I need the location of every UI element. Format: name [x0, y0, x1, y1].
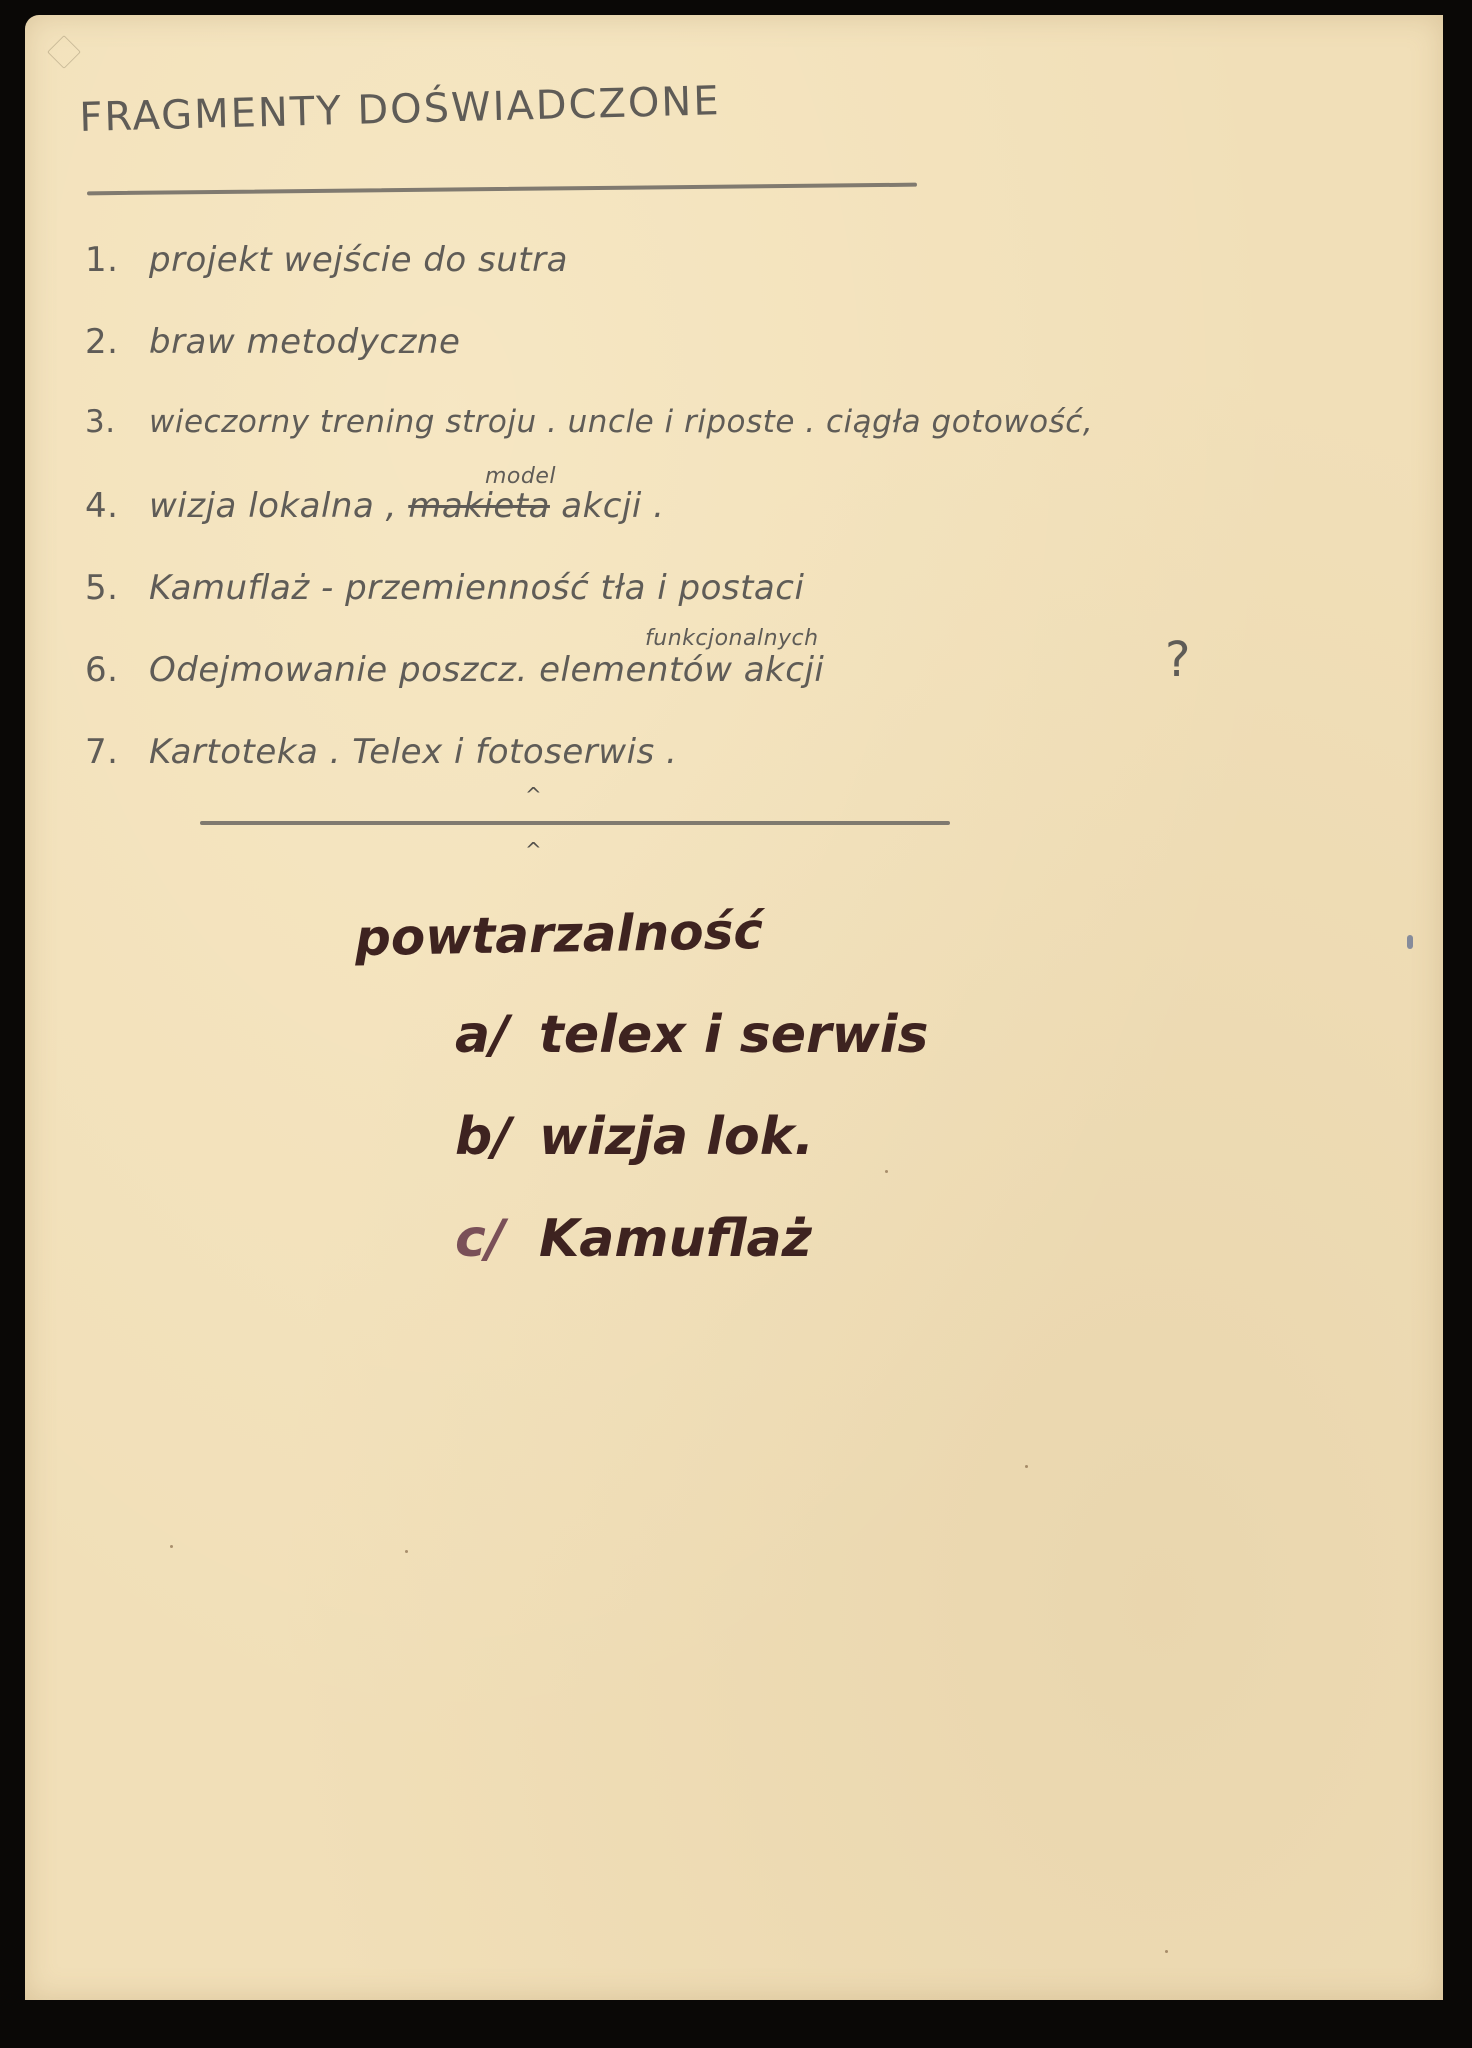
inserted-word: model — [485, 464, 556, 489]
struck-word: makieta — [408, 486, 550, 526]
paper-speck — [1025, 1465, 1028, 1468]
numbered-list: 1.projekt wejście do sutra 2.braw metody… — [85, 240, 1445, 814]
margin-question-mark: ? — [1165, 632, 1191, 688]
paper-speck — [885, 1170, 888, 1173]
paper-speck — [170, 1545, 173, 1548]
caret-mark-below: ^ — [525, 838, 542, 862]
caret-mark-above: ^ — [525, 783, 542, 807]
section-heading: powtarzalność — [355, 901, 829, 967]
item-number: 3. — [85, 404, 149, 440]
sub-item-text: Kamuflaż — [539, 1209, 812, 1269]
section-divider — [200, 821, 950, 825]
paper-speck — [405, 1550, 408, 1553]
list-item: 7.Kartoteka . Telex i fotoserwis . — [85, 732, 1445, 814]
sub-item: c/Kamuflaż — [455, 1209, 928, 1269]
corner-fold — [47, 35, 81, 69]
list-item: 1.projekt wejście do sutra — [85, 240, 1445, 322]
item-text-continued: elementów akcji — [539, 650, 824, 690]
list-item: funkcjonalnych 6.Odejmowanie poszcz. ele… — [85, 650, 1445, 732]
item-number: 7. — [85, 732, 149, 772]
edge-ink-mark — [1407, 935, 1413, 949]
item-number: 6. — [85, 650, 149, 690]
item-text: wieczorny trening stroju . uncle i ripos… — [149, 404, 1093, 440]
item-text: wizja lokalna , — [149, 486, 397, 526]
item-number: 2. — [85, 322, 149, 362]
page-title: FRAGMENTY DOŚWIADCZONE — [79, 78, 721, 141]
item-number: 5. — [85, 568, 149, 608]
item-text: Odejmowanie poszcz. — [149, 650, 528, 690]
sub-item-marker: b/ — [455, 1107, 539, 1167]
list-item: 3.wieczorny trening stroju . uncle i rip… — [85, 404, 1445, 486]
paper-sheet: FRAGMENTY DOŚWIADCZONE 1.projekt wejście… — [25, 15, 1443, 2000]
list-item: model 4.wizja lokalna , makieta akcji . — [85, 486, 1445, 568]
item-text: Kamuflaż - przemienność tła i postaci — [149, 568, 804, 608]
sub-item-marker: a/ — [455, 1005, 539, 1065]
title-underline — [87, 183, 917, 196]
item-number: 4. — [85, 486, 149, 526]
list-item: 2.braw metodyczne — [85, 322, 1445, 404]
sub-item: a/telex i serwis — [455, 1005, 928, 1065]
item-number: 1. — [85, 240, 149, 280]
item-text: projekt wejście do sutra — [149, 240, 568, 280]
sub-item-text: wizja lok. — [539, 1107, 814, 1167]
sub-item: b/wizja lok. — [455, 1107, 928, 1167]
item-text: braw metodyczne — [149, 322, 460, 362]
crayon-section: powtarzalność a/telex i serwis b/wizja l… — [355, 905, 828, 1269]
item-text: Kartoteka . Telex i fotoserwis . — [149, 732, 677, 772]
inserted-word: funkcjonalnych — [645, 626, 819, 651]
sub-item-text: telex i serwis — [539, 1005, 928, 1065]
item-text-continued: akcji . — [561, 486, 664, 526]
sub-item-marker: c/ — [455, 1209, 539, 1269]
paper-speck — [1165, 1950, 1168, 1953]
